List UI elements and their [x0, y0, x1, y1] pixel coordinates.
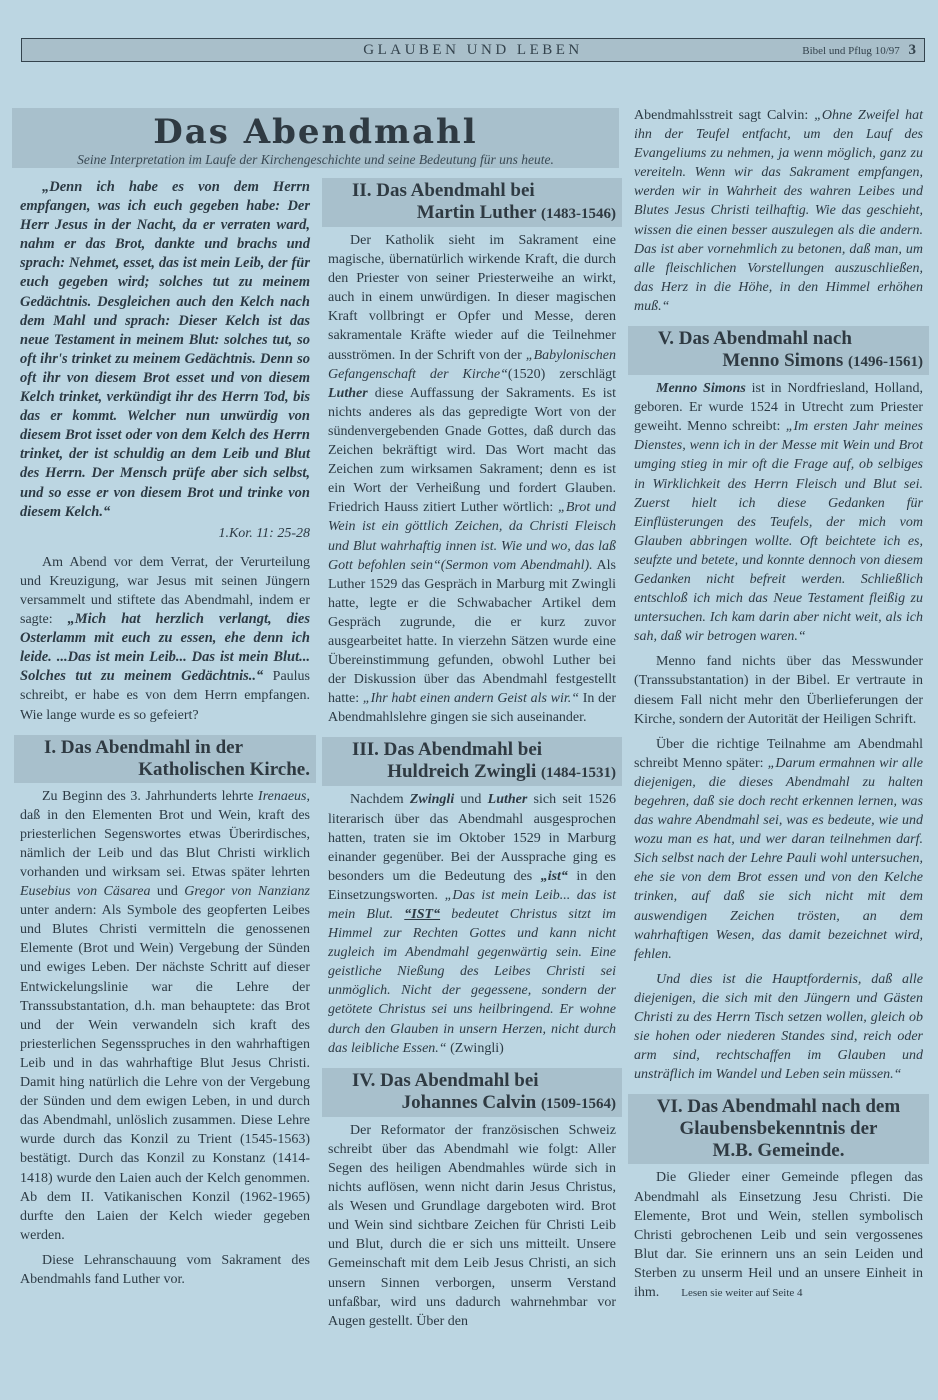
publication-info: Bibel und Pflug 10/97 3 [802, 42, 916, 59]
issue-number: 10/97 [875, 45, 900, 57]
column-2: II. Das Abendmahl bei Martin Luther (148… [328, 178, 616, 1337]
continue-link[interactable]: Lesen sie weiter auf Seite 4 [681, 1287, 802, 1299]
section-label: GLAUBEN UND LEBEN [22, 42, 924, 59]
page-number: 3 [909, 42, 917, 58]
menno-paragraph-4: Und dies ist die Hauptfordernis, daß all… [634, 970, 923, 1085]
section-heading-mb-confession: VI. Das Abendmahl nach dem Glaubensbeken… [628, 1094, 929, 1164]
scripture-quote: „Denn ich habe es von dem Herrn empfange… [20, 178, 310, 522]
column-3: Abendmahlsstreit sagt Calvin: „Ohne Zwei… [634, 106, 923, 1309]
catholic-paragraph-2: Diese Lehranschauung vom Sakrament des A… [20, 1251, 310, 1289]
section-heading-catholic: I. Das Abendmahl in der Katholischen Kir… [14, 735, 316, 783]
section-heading-zwingli: III. Das Abendmahl bei Huldreich Zwingli… [322, 737, 622, 786]
scripture-reference: 1.Kor. 11: 25-28 [20, 524, 310, 543]
article-subtitle: Seine Interpretation im Laufe der Kirche… [12, 152, 619, 168]
menno-paragraph-2: Menno fand nichts über das Messwunder (T… [634, 652, 923, 728]
section-heading-luther: II. Das Abendmahl bei Martin Luther (148… [322, 178, 622, 227]
menno-paragraph-3: Über die richtige Teilnahme am Abendmahl… [634, 735, 923, 964]
running-header: GLAUBEN UND LEBEN Bibel und Pflug 10/97 … [21, 38, 925, 62]
article-title-block: Das Abendmahl Seine Interpretation im La… [12, 108, 619, 168]
luther-paragraph: Der Katholik sieht im Sakrament eine mag… [328, 231, 616, 727]
zwingli-paragraph: Nachdem Zwingli und Luther sich seit 152… [328, 790, 616, 1057]
section-heading-calvin: IV. Das Abendmahl bei Johannes Calvin (1… [322, 1068, 622, 1117]
mb-paragraph: Die Glieder einer Gemeinde pflegen das A… [634, 1168, 923, 1303]
article-title: Das Abendmahl [12, 112, 619, 152]
menno-paragraph: Menno Simons ist in Nordfriesland, Holla… [634, 379, 923, 646]
calvin-paragraph: Der Reformator der französischen Schweiz… [328, 1121, 616, 1331]
intro-paragraph: Am Abend vor dem Verrat, der Verurteilun… [20, 553, 310, 725]
column-1: „Denn ich habe es von dem Herrn empfange… [20, 178, 310, 1295]
calvin-paragraph-continued: Abendmahlsstreit sagt Calvin: „Ohne Zwei… [634, 106, 923, 316]
catholic-paragraph: Zu Beginn des 3. Jahrhunderts lehrte Ire… [20, 787, 310, 1245]
section-heading-menno: V. Das Abendmahl nach Menno Simons (1496… [628, 326, 929, 375]
publication-name: Bibel und Pflug [802, 45, 872, 57]
